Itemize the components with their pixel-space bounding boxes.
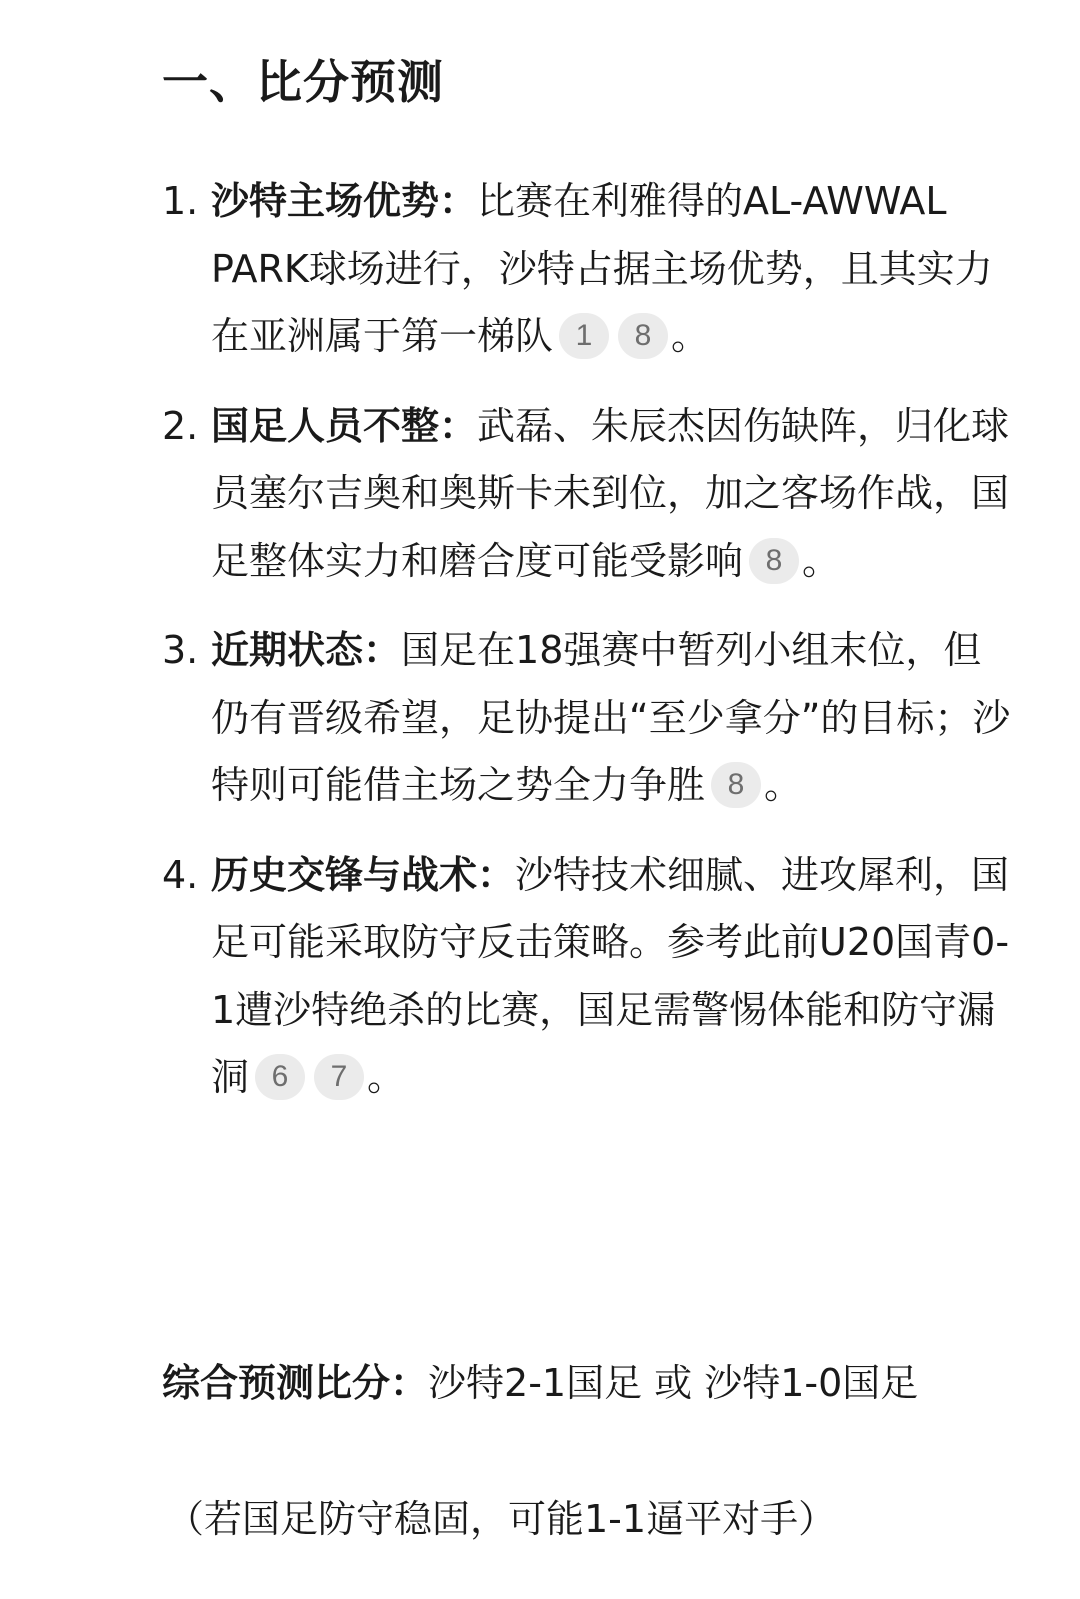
sentence-end: 。 — [802, 539, 840, 583]
prediction-factor-list: 1. 沙特主场优势：比赛在利雅得的AL-AWWAL PARK球场进行，沙特占据主… — [162, 168, 1012, 1134]
list-item-heading: 历史交锋与战术： — [211, 853, 515, 897]
list-item-recent-form: 3. 近期状态：国足在18强赛中暂列小组末位，但仍有晋级希望，足协提出“至少拿分… — [162, 617, 1012, 820]
list-number: 1. — [162, 168, 198, 236]
section-title: 一、比分预测 — [162, 50, 444, 114]
list-number: 3. — [162, 617, 198, 685]
list-item-heading: 国足人员不整： — [211, 404, 477, 448]
list-item-squad-incomplete: 2. 国足人员不整：武磊、朱辰杰因伤缺阵，归化球员塞尔吉奥和奥斯卡未到位，加之客… — [162, 393, 1012, 596]
sentence-end: 。 — [764, 763, 802, 807]
list-item-heading: 近期状态： — [211, 628, 401, 672]
summary-text: 沙特2-1国足 或 沙特1-0国足 — [428, 1361, 918, 1405]
list-number: 2. — [162, 393, 198, 461]
list-item-home-advantage: 1. 沙特主场优势：比赛在利雅得的AL-AWWAL PARK球场进行，沙特占据主… — [162, 168, 1012, 371]
summary-note: （若国足防守稳固，可能1-1逼平对手） — [166, 1486, 836, 1552]
citation-badge[interactable]: 8 — [618, 313, 668, 359]
citation-badge[interactable]: 1 — [559, 313, 609, 359]
citation-badge[interactable]: 8 — [749, 538, 799, 584]
sentence-end: 。 — [671, 314, 709, 358]
list-item-history-tactics: 4. 历史交锋与战术：沙特技术细腻、进攻犀利，国足可能采取防守反击策略。参考此前… — [162, 842, 1012, 1112]
citation-badge[interactable]: 7 — [314, 1054, 364, 1100]
list-number: 4. — [162, 842, 198, 910]
summary-heading: 综合预测比分： — [162, 1361, 428, 1405]
sentence-end: 。 — [367, 1055, 405, 1099]
citation-badge[interactable]: 8 — [711, 762, 761, 808]
summary-prediction: 综合预测比分：沙特2-1国足 或 沙特1-0国足 — [162, 1350, 1012, 1416]
list-item-heading: 沙特主场优势： — [211, 179, 477, 223]
citation-badge[interactable]: 6 — [255, 1054, 305, 1100]
